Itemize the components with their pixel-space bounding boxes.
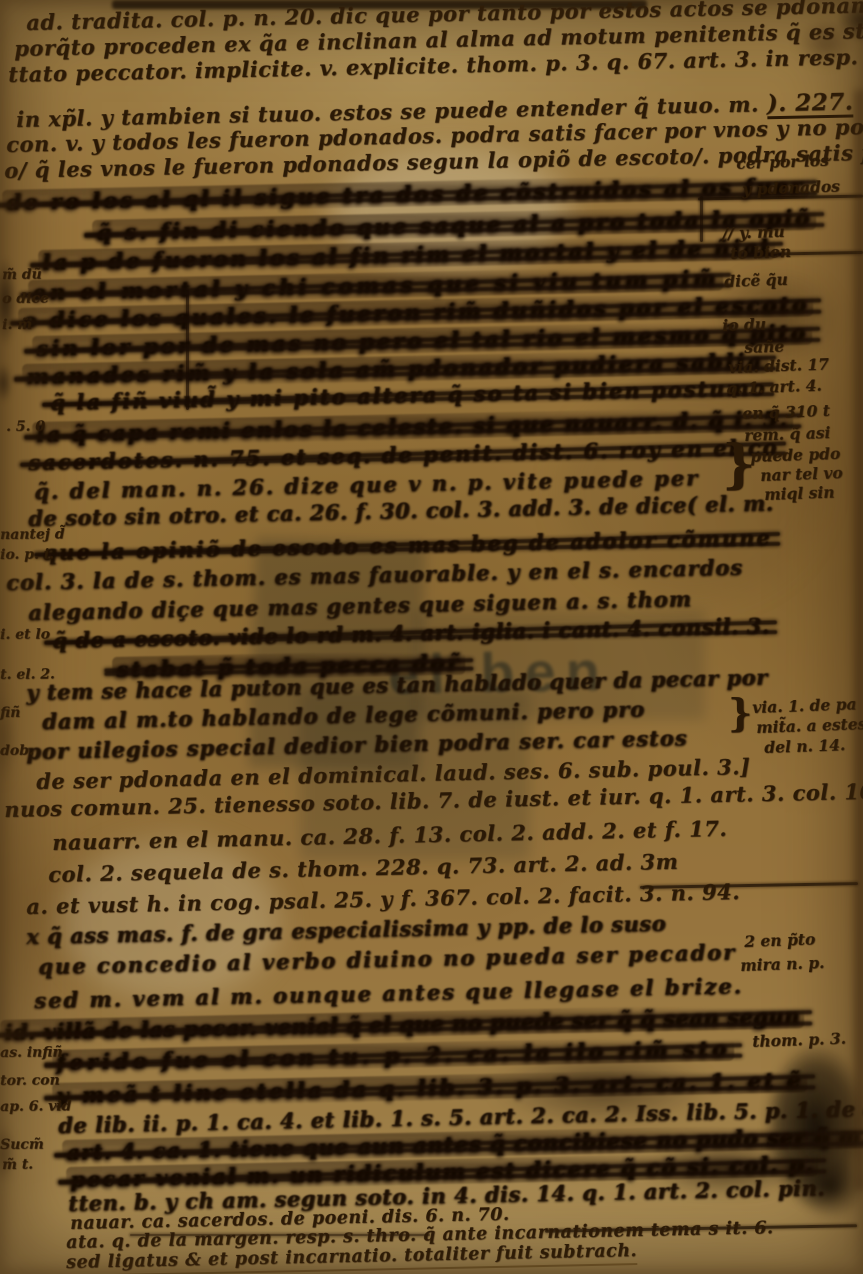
margin-note-right: del n. 14. — [764, 737, 846, 755]
manuscript-line: nauarr. en el manu. ca. 28. f. 13. col. … — [52, 818, 727, 853]
margin-note-left: io. p. i. — [0, 548, 54, 562]
margin-note-right: rem. q̃ asi — [744, 425, 831, 443]
margin-note-left: tor. con — [0, 1073, 60, 1088]
manuscript-line: que concedio al verbo diuino no pueda se… — [38, 941, 736, 977]
margin-note-right: dicẽ q̃u — [724, 272, 788, 290]
margin-note-right: via. dist. 17 — [728, 356, 829, 375]
margin-note-right: q. 1. art. 4. — [726, 378, 822, 397]
margin-note-left: i. et lo — [0, 628, 50, 642]
margin-note-left: ap. 6. vid — [0, 1099, 71, 1114]
manuscript-page: el ben ad. tradita. col. p. n. 20. dic q… — [0, 0, 863, 1274]
margin-note-right: cer por los — [736, 153, 829, 172]
ink-blotch — [0, 1116, 16, 1192]
margin-note-right: io du — [722, 316, 766, 333]
margin-note-right: sañe — [744, 339, 784, 356]
margin-note-left: fiñ — [0, 706, 20, 720]
margin-note-right: miql sin — [764, 485, 835, 503]
margin-note-right: en q̃ 310 t — [742, 403, 830, 422]
margin-note-right: y pdonados — [742, 179, 840, 198]
margin-note-left: i. m̃ — [2, 318, 32, 332]
margin-note-left: m̃ t. — [2, 1158, 33, 1172]
margin-note-left: as. infiñ — [0, 1045, 63, 1060]
brace-mark: } — [722, 444, 755, 486]
margin-note-right: mira n. p. — [740, 955, 825, 973]
margin-note-right: thom. p. 3. — [752, 1031, 846, 1050]
margin-note-right: via. 1. de pa — [752, 696, 857, 715]
margin-note-left: o dice — [2, 292, 49, 306]
margin-note-left: nantej d̃ — [0, 527, 65, 542]
ink-blotch — [0, 358, 14, 408]
margin-note-right: to bien — [730, 244, 791, 262]
margin-note-left: t. el. 2. — [0, 668, 55, 682]
margin-note-right: mit̃a. a estes — [756, 716, 863, 735]
margin-note-right: puede pdo — [750, 446, 841, 465]
margin-note-right: nar tel vo — [760, 465, 843, 483]
ink-blotch — [0, 676, 18, 800]
brace-mark: } — [728, 698, 752, 728]
manuscript-line: x q̃ ass mas. f. de gra especialissima y… — [26, 913, 666, 947]
margin-note-right: // y. mu — [722, 224, 785, 242]
margin-note-right: 2 en p̃to — [744, 932, 816, 950]
margin-note-left: Sucm̃ — [0, 1138, 44, 1152]
margin-note-left: dob. — [0, 744, 34, 758]
manuscript-line: col. 2. sequela de s. thom. 228. q. 73. … — [48, 851, 679, 885]
margin-note-left: m̃ dũ — [2, 268, 42, 282]
ink-blotch — [854, 90, 863, 1190]
manuscript-line: sed m. vem al m. ounque antes que llegas… — [34, 975, 743, 1011]
margin-note-left: . 5. 0 — [6, 420, 45, 434]
